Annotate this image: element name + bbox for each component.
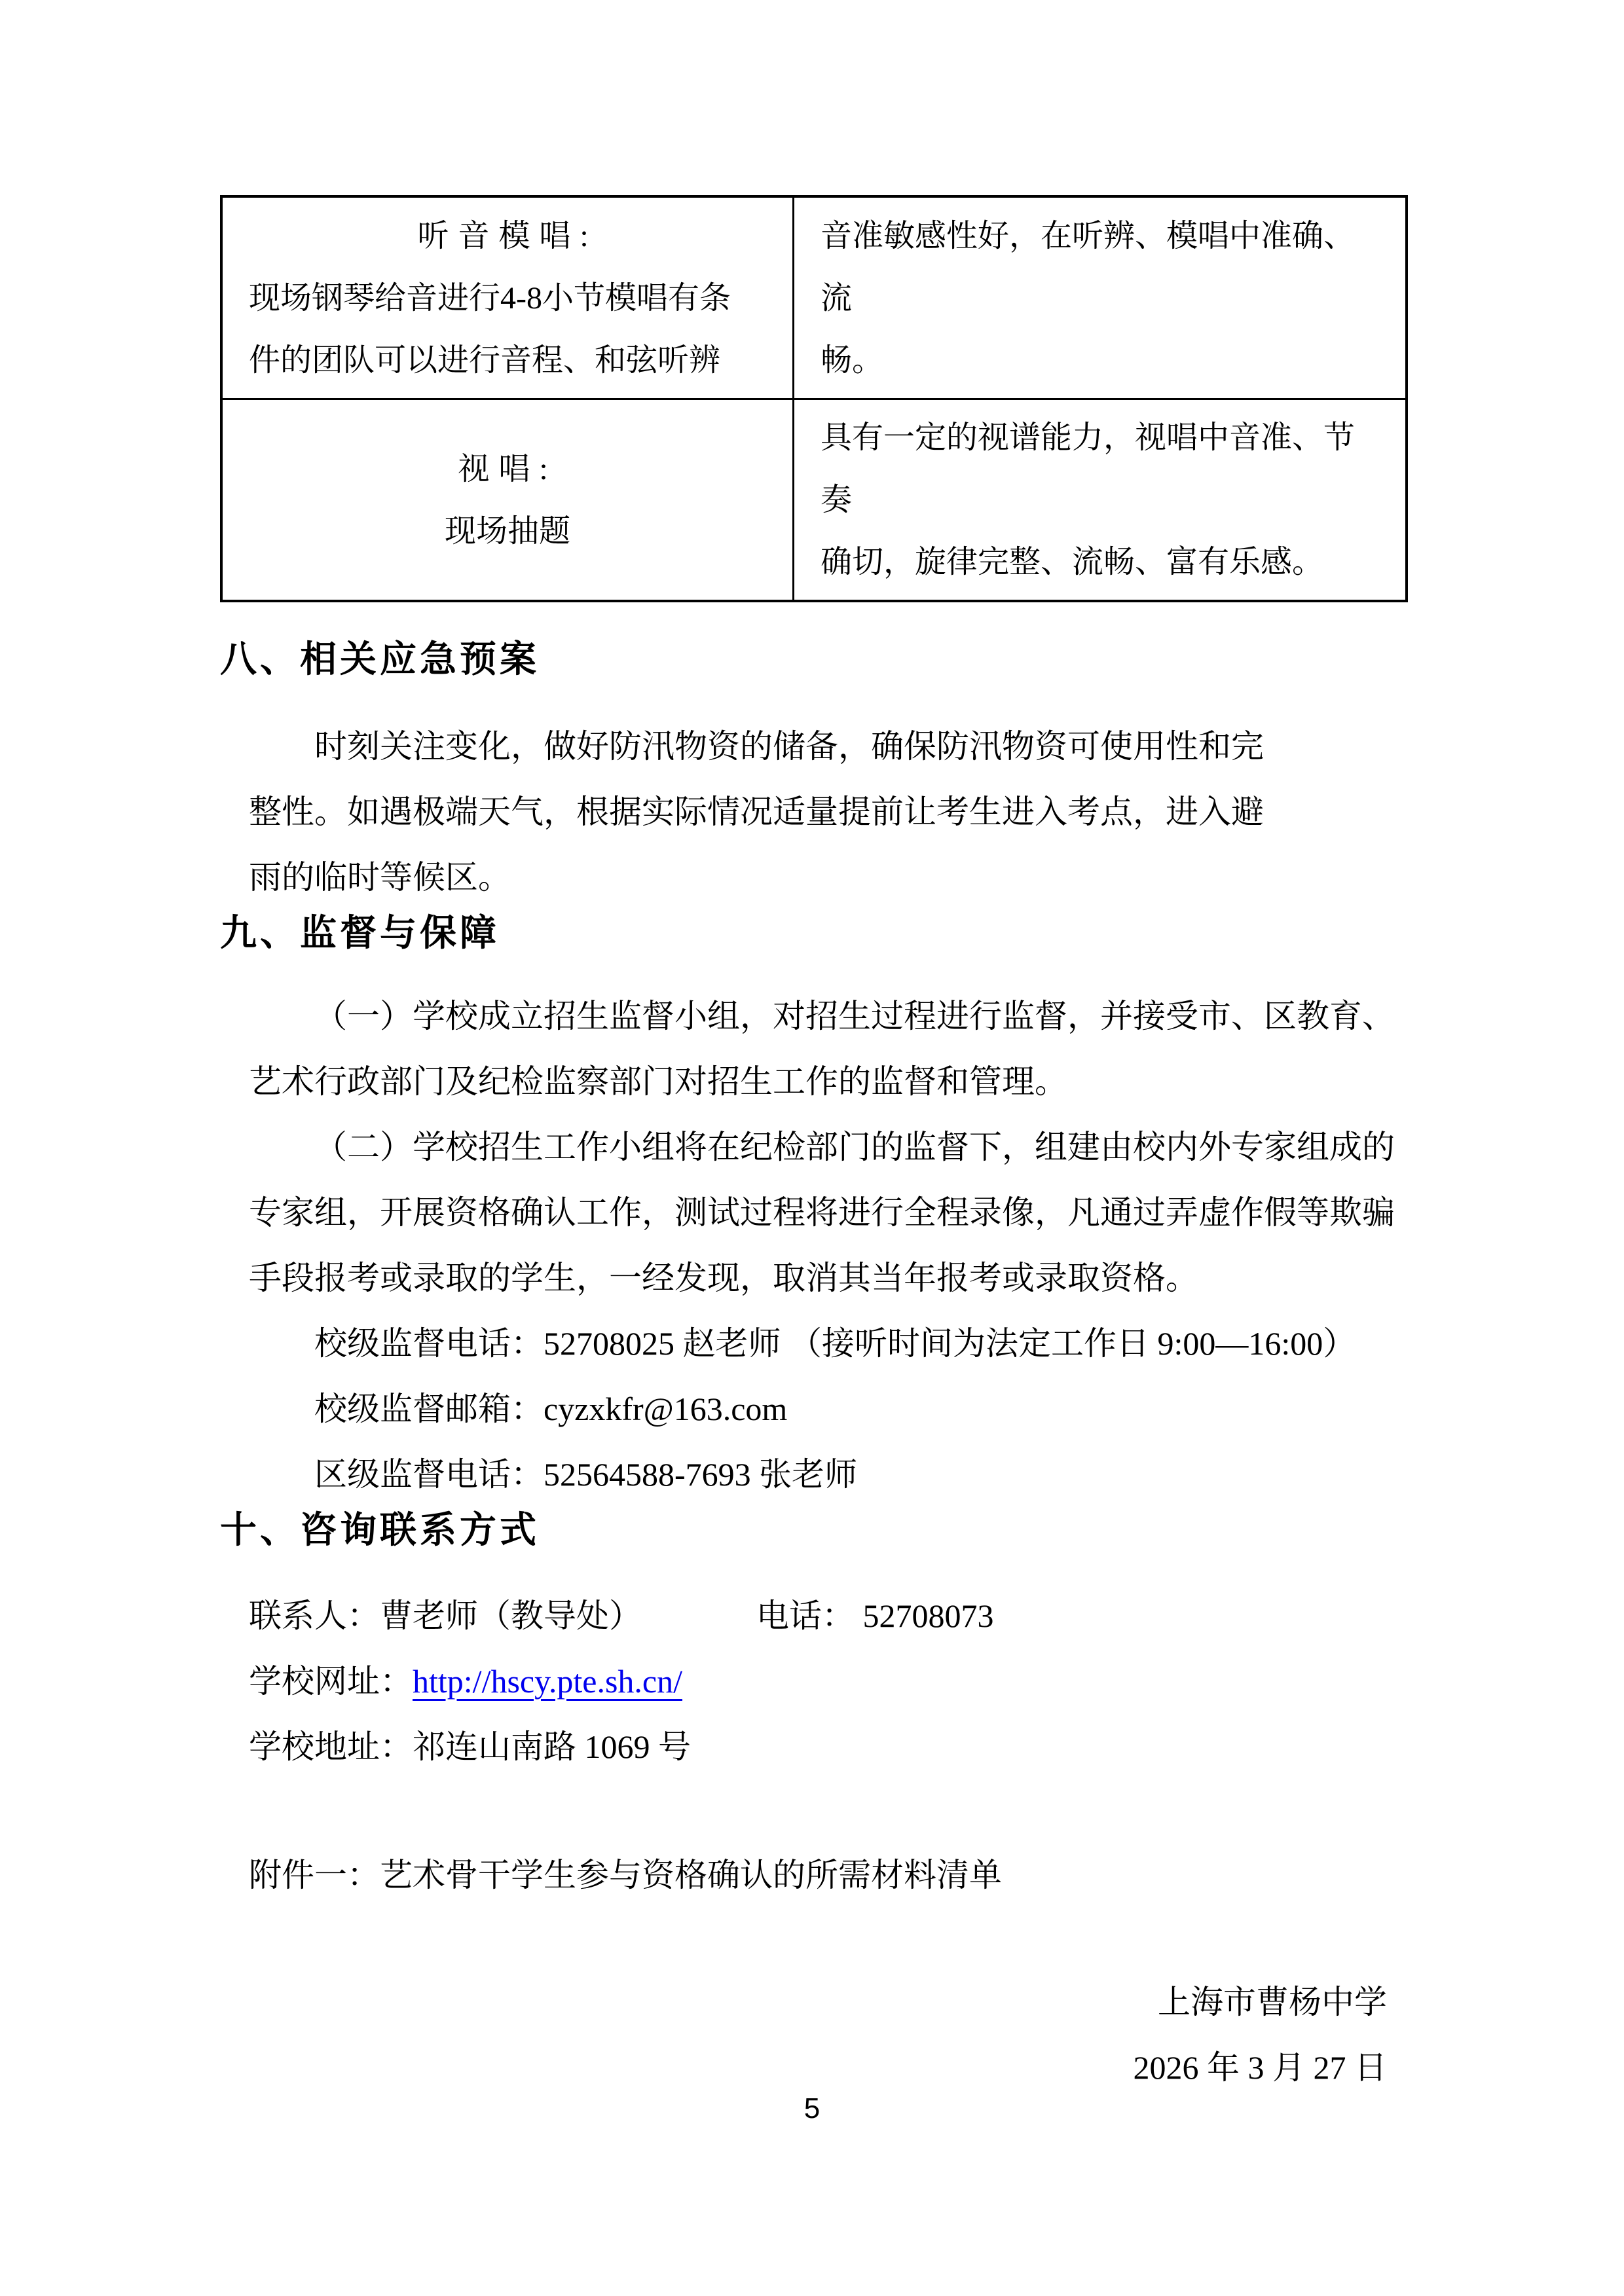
document-page: 听音模唱: 现场钢琴给音进行4-8小节模唱有条 件的团队可以进行音程、和弦听辨 … bbox=[0, 0, 1624, 2296]
cell-title-listening: 听音模唱: bbox=[249, 205, 766, 267]
document-content: 听音模唱: 现场钢琴给音进行4-8小节模唱有条 件的团队可以进行音程、和弦听辨 … bbox=[220, 195, 1408, 2100]
contact-phone: 电话： 52708073 bbox=[756, 1597, 994, 1634]
cell-title-sight-singing: 视唱: bbox=[249, 438, 766, 500]
table-cell-sight-singing-criteria: 具有一定的视谱能力，视唱中音准、节奏 确切，旋律完整、流畅、富有乐感。 bbox=[794, 399, 1407, 602]
school-website-link[interactable]: http://hscy.pte.sh.cn/ bbox=[413, 1663, 682, 1700]
school-supervision-phone: 校级监督电话：52708025 赵老师 （接听时间为法定工作日 9:00—16:… bbox=[249, 1311, 1408, 1376]
supervision-para1-line2: 艺术行政部门及纪检监察部门对招生工作的监督和管理。 bbox=[249, 1049, 1408, 1114]
attachment-note: 附件一：艺术骨干学生参与资格确认的所需材料清单 bbox=[249, 1842, 1408, 1908]
assessment-table: 听音模唱: 现场钢琴给音进行4-8小节模唱有条 件的团队可以进行音程、和弦听辨 … bbox=[220, 195, 1408, 602]
supervision-para2-line2: 专家组，开展资格确认工作，测试过程将进行全程录像，凡通过弄虚作假等欺骗 bbox=[249, 1180, 1408, 1245]
school-supervision-email: 校级监督邮箱：cyzxkfr@163.com bbox=[249, 1376, 1408, 1442]
section-heading-supervision: 九、监督与保障 bbox=[220, 910, 1408, 956]
emergency-para-line3: 雨的临时等候区。 bbox=[249, 845, 1408, 910]
cell-body-listening-line2: 件的团队可以进行音程、和弦听辨 bbox=[249, 329, 766, 392]
criteria-sight-line1: 具有一定的视谱能力，视唱中音准、节奏 bbox=[821, 407, 1379, 531]
website-line: 学校网址：http://hscy.pte.sh.cn/ bbox=[249, 1649, 1408, 1714]
supervision-para1-line1: （一）学校成立招生监督小组，对招生过程进行监督，并接受市、区教育、 bbox=[249, 983, 1408, 1049]
signature-date: 2026 年 3 月 27 日 bbox=[220, 2035, 1408, 2100]
table-cell-listening-test: 听音模唱: 现场钢琴给音进行4-8小节模唱有条 件的团队可以进行音程、和弦听辨 bbox=[221, 196, 794, 399]
website-label: 学校网址： bbox=[249, 1663, 413, 1700]
page-number: 5 bbox=[0, 2092, 1624, 2125]
table-cell-sight-singing: 视唱: 现场抽题 bbox=[221, 399, 794, 602]
criteria-listening-line2: 畅。 bbox=[821, 329, 1379, 392]
section-heading-contact: 十、咨询联系方式 bbox=[220, 1507, 1408, 1553]
emergency-para-line1: 时刻关注变化，做好防汛物资的储备，确保防汛物资可使用性和完 bbox=[249, 714, 1408, 779]
section-heading-emergency: 八、相关应急预案 bbox=[220, 636, 1408, 682]
supervision-para2-line1: （二）学校招生工作小组将在纪检部门的监督下，组建由校内外专家组成的 bbox=[249, 1114, 1408, 1180]
contact-person-line: 联系人：曹老师（教导处）电话： 52708073 bbox=[249, 1583, 1408, 1649]
address-line: 学校地址：祁连山南路 1069 号 bbox=[249, 1714, 1408, 1779]
criteria-listening-line1: 音准敏感性好，在听辨、模唱中准确、流 bbox=[821, 205, 1379, 329]
contact-person: 联系人：曹老师（教导处） bbox=[249, 1597, 642, 1634]
cell-sub-sight-singing: 现场抽题 bbox=[249, 500, 766, 562]
table-cell-listening-criteria: 音准敏感性好，在听辨、模唱中准确、流 畅。 bbox=[794, 196, 1407, 399]
signature-organization: 上海市曹杨中学 bbox=[220, 1969, 1408, 2035]
table-row: 听音模唱: 现场钢琴给音进行4-8小节模唱有条 件的团队可以进行音程、和弦听辨 … bbox=[221, 196, 1407, 399]
criteria-sight-line2: 确切，旋律完整、流畅、富有乐感。 bbox=[821, 531, 1379, 593]
district-supervision-phone: 区级监督电话：52564588-7693 张老师 bbox=[249, 1442, 1408, 1507]
emergency-para-line2: 整性。如遇极端天气，根据实际情况适量提前让考生进入考点，进入避 bbox=[249, 779, 1408, 845]
supervision-para2-line3: 手段报考或录取的学生，一经发现，取消其当年报考或录取资格。 bbox=[249, 1245, 1408, 1311]
table-row: 视唱: 现场抽题 具有一定的视谱能力，视唱中音准、节奏 确切，旋律完整、流畅、富… bbox=[221, 399, 1407, 602]
cell-body-listening-line1: 现场钢琴给音进行4-8小节模唱有条 bbox=[249, 267, 766, 329]
